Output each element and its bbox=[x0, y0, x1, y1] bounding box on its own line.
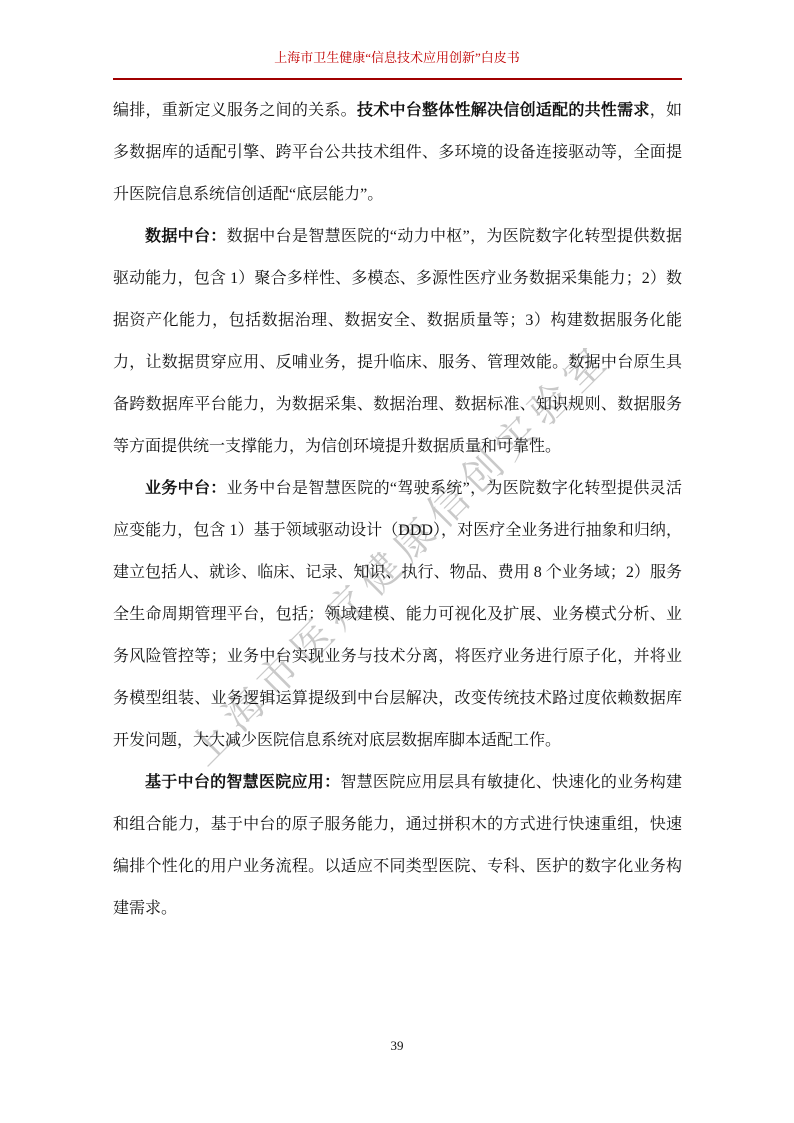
page-header: 上海市卫生健康“信息技术应用创新”白皮书 bbox=[0, 0, 794, 80]
document-page: 上海市医疗健康信创实验室 上海市卫生健康“信息技术应用创新”白皮书 编排，重新定… bbox=[0, 0, 794, 1123]
paragraph-2-text: 数据中台是智慧医院的“动力中枢”，为医院数字化转型提供数据驱动能力，包含 1）聚… bbox=[113, 228, 682, 455]
paragraph-1-text: 编排，重新定义服务之间的关系。 bbox=[113, 102, 357, 119]
paragraph-3-bold-lead: 业务中台： bbox=[145, 480, 227, 497]
paragraph-business-middle-platform: 业务中台：业务中台是智慧医院的“驾驶系统”，为医院数字化转型提供灵活应变能力，包… bbox=[113, 468, 682, 762]
page-footer: 39 bbox=[0, 1038, 794, 1054]
paragraph-data-middle-platform: 数据中台：数据中台是智慧医院的“动力中枢”，为医院数字化转型提供数据驱动能力，包… bbox=[113, 216, 682, 468]
paragraph-4-text: 智慧医院应用层具有敏捷化、快速化的业务构建和组合能力，基于中台的原子服务能力，通… bbox=[113, 774, 682, 917]
paragraph-technical-middle-platform: 编排，重新定义服务之间的关系。技术中台整体性解决信创适配的共性需求，如多数据库的… bbox=[113, 90, 682, 216]
document-body: 编排，重新定义服务之间的关系。技术中台整体性解决信创适配的共性需求，如多数据库的… bbox=[113, 90, 682, 930]
page-number: 39 bbox=[391, 1038, 404, 1053]
paragraph-1-bold-emphasis: 技术中台整体性解决信创适配的共性需求 bbox=[357, 102, 650, 119]
header-rule-divider bbox=[113, 78, 682, 80]
paragraph-smart-hospital-application: 基于中台的智慧医院应用：智慧医院应用层具有敏捷化、快速化的业务构建和组合能力，基… bbox=[113, 762, 682, 930]
paragraph-2-bold-lead: 数据中台： bbox=[145, 228, 227, 245]
paragraph-4-bold-lead: 基于中台的智慧医院应用： bbox=[145, 774, 340, 791]
header-title: 上海市卫生健康“信息技术应用创新”白皮书 bbox=[0, 0, 794, 67]
paragraph-3-text: 业务中台是智慧医院的“驾驶系统”，为医院数字化转型提供灵活应变能力，包含 1）基… bbox=[113, 480, 682, 749]
